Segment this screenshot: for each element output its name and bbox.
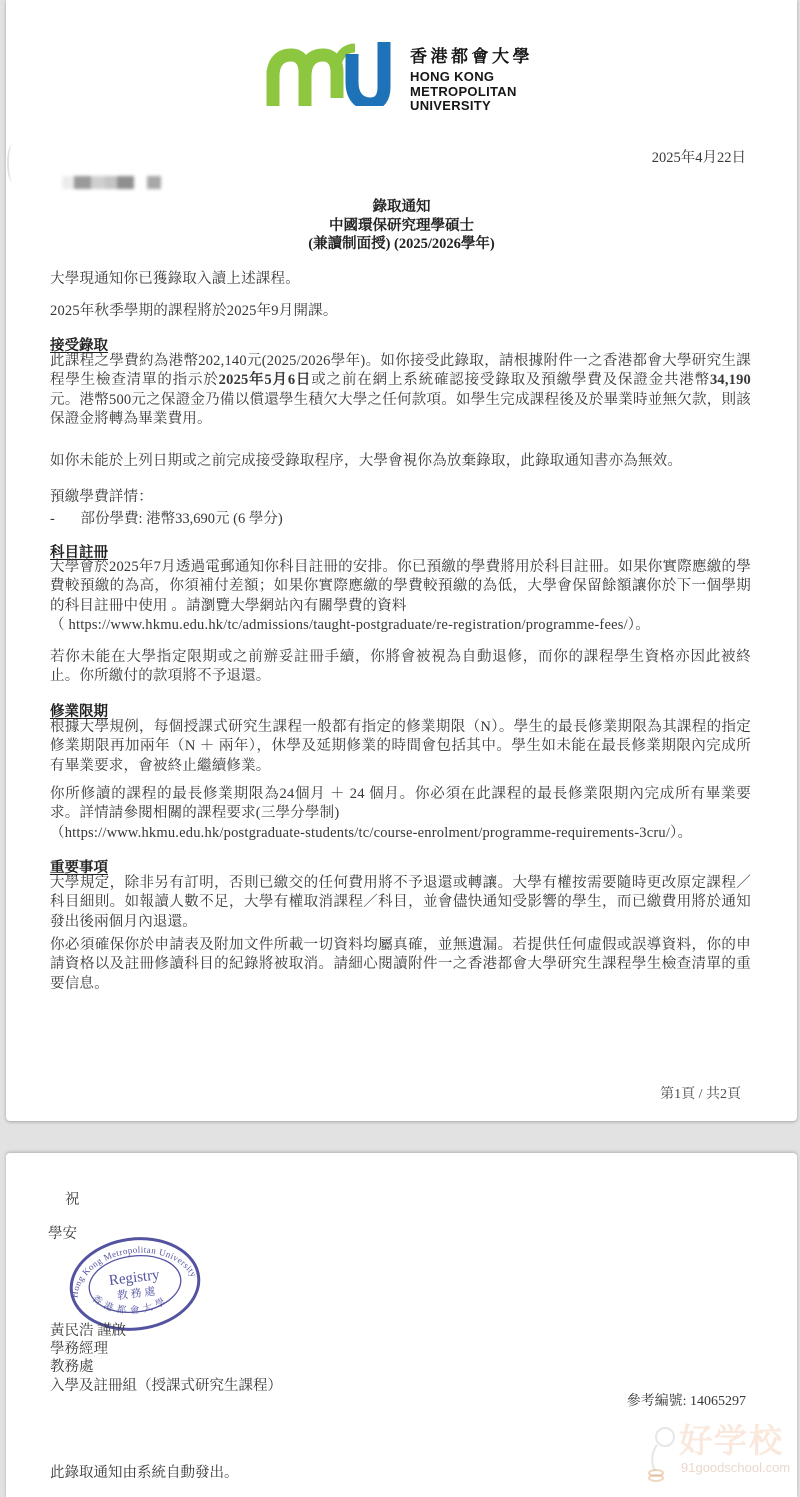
important-paragraph-2: 你必須確保你於申請表及附加文件所載一切資料均屬真確，並無遺漏。若提供任何虛假或誤…	[50, 936, 751, 994]
title-line-3: (兼讀制面授) (2025/2026學年)	[6, 235, 797, 254]
forfeit-paragraph: 如你未能於上列日期或之前完成接受錄取程序，大學會視你為放棄錄取，此錄取通知書亦為…	[50, 452, 751, 471]
important-paragraph-1: 大學規定，除非另有訂明，否則已繳交的任何費用將不予退還或轉讓。大學有權按需要隨時…	[50, 874, 751, 932]
deadline-bold: 2025年5月6日	[219, 372, 312, 388]
requirements-url-text: （https://www.hkmu.edu.hk/postgraduate-st…	[50, 824, 751, 843]
dropout-paragraph: 若你未能在大學指定限期或之前辦妥註冊手續，你將會被視為自動退修，而你的課程學生資…	[50, 648, 751, 687]
signature-block: 黃民浩 謹啟 學務經理 教務處 入學及註冊組（授課式研究生課程）	[50, 1322, 282, 1395]
letter-page-1: 香港都會大學 HONG KONG METROPOLITAN UNIVERSITY…	[6, 0, 797, 1121]
letter-page-2: 祝 學安 Hong Kong Metropolitan University 香…	[6, 1153, 797, 1497]
reference-number: 參考編號: 14065297	[627, 1390, 746, 1410]
closing-wish-1: 祝	[65, 1188, 80, 1209]
accept-paragraph: 此課程之學費約為港幣202,140元(2025/2026學年)。如你接受此錄取，…	[50, 352, 751, 430]
signer-name: 黃民浩 謹啟	[50, 1322, 282, 1340]
amount-bold: 34,190	[710, 372, 751, 388]
intro-paragraph-1: 大學現通知你已獲錄取入讀上述課程。	[50, 270, 751, 289]
bullet-dash: -	[50, 511, 55, 527]
subject-paragraph: 大學會於2025年7月透過電郵通知你科目註冊的安排。你已預繳的學費將用於科目註冊…	[50, 558, 751, 636]
duration-paragraph-2: 你所修讀的課程的最長修業期限為24個月 ＋ 24 個月。你必須在此課程的最長修業…	[50, 785, 751, 843]
signer-title-2: 教務處	[50, 1358, 282, 1376]
closing-wish-2: 學安	[48, 1222, 77, 1243]
title-line-2: 中國環保研究理學碩士	[6, 217, 797, 236]
watermark: 好学校 91goodschool.com	[645, 1415, 795, 1475]
fees-url-text: （ https://www.hkmu.edu.hk/tc/admissions/…	[50, 616, 751, 635]
prepay-list-item: - 部份學費: 港幣33,690元 (6 學分)	[50, 507, 283, 528]
admission-letter-view: 香港都會大學 HONG KONG METROPOLITAN UNIVERSITY…	[0, 0, 800, 1497]
page-number: 第1頁 / 共2頁	[660, 1083, 741, 1103]
letter-date: 2025年4月22日	[652, 146, 746, 167]
watermark-mascot-icon	[645, 1423, 679, 1483]
watermark-text: 好学校	[679, 1415, 795, 1462]
signer-title-3: 入學及註冊組（授課式研究生課程）	[50, 1377, 282, 1395]
university-name-en: HONG KONG METROPOLITAN UNIVERSITY	[410, 70, 533, 114]
page-curl-artifact	[7, 144, 18, 182]
hkmu-logo-mark	[260, 40, 392, 106]
prepay-title: 預繳學費詳情：	[50, 488, 751, 507]
letter-title: 錄取通知 中國環保研究理學碩士 (兼讀制面授) (2025/2026學年)	[6, 198, 797, 254]
watermark-site: 91goodschool.com	[681, 1460, 795, 1475]
recipient-name-redacted	[62, 176, 161, 189]
university-name-cn: 香港都會大學	[410, 42, 533, 67]
prepay-item-text: 部份學費: 港幣33,690元 (6 學分)	[80, 511, 282, 527]
intro-paragraph-2: 2025年秋季學期的課程將於2025年9月開課。	[50, 302, 751, 321]
duration-paragraph-1: 根據大學規例，每個授課式研究生課程一般都有指定的修業期限（N）。學生的最長修業期…	[50, 718, 751, 776]
hkmu-logo-text: 香港都會大學 HONG KONG METROPOLITAN UNIVERSITY	[410, 42, 533, 114]
auto-issued-note: 此錄取通知由系統自動發出。	[50, 1461, 239, 1482]
title-line-1: 錄取通知	[6, 198, 797, 217]
mu-logo-icon	[260, 40, 392, 106]
signer-title-1: 學務經理	[50, 1340, 282, 1358]
